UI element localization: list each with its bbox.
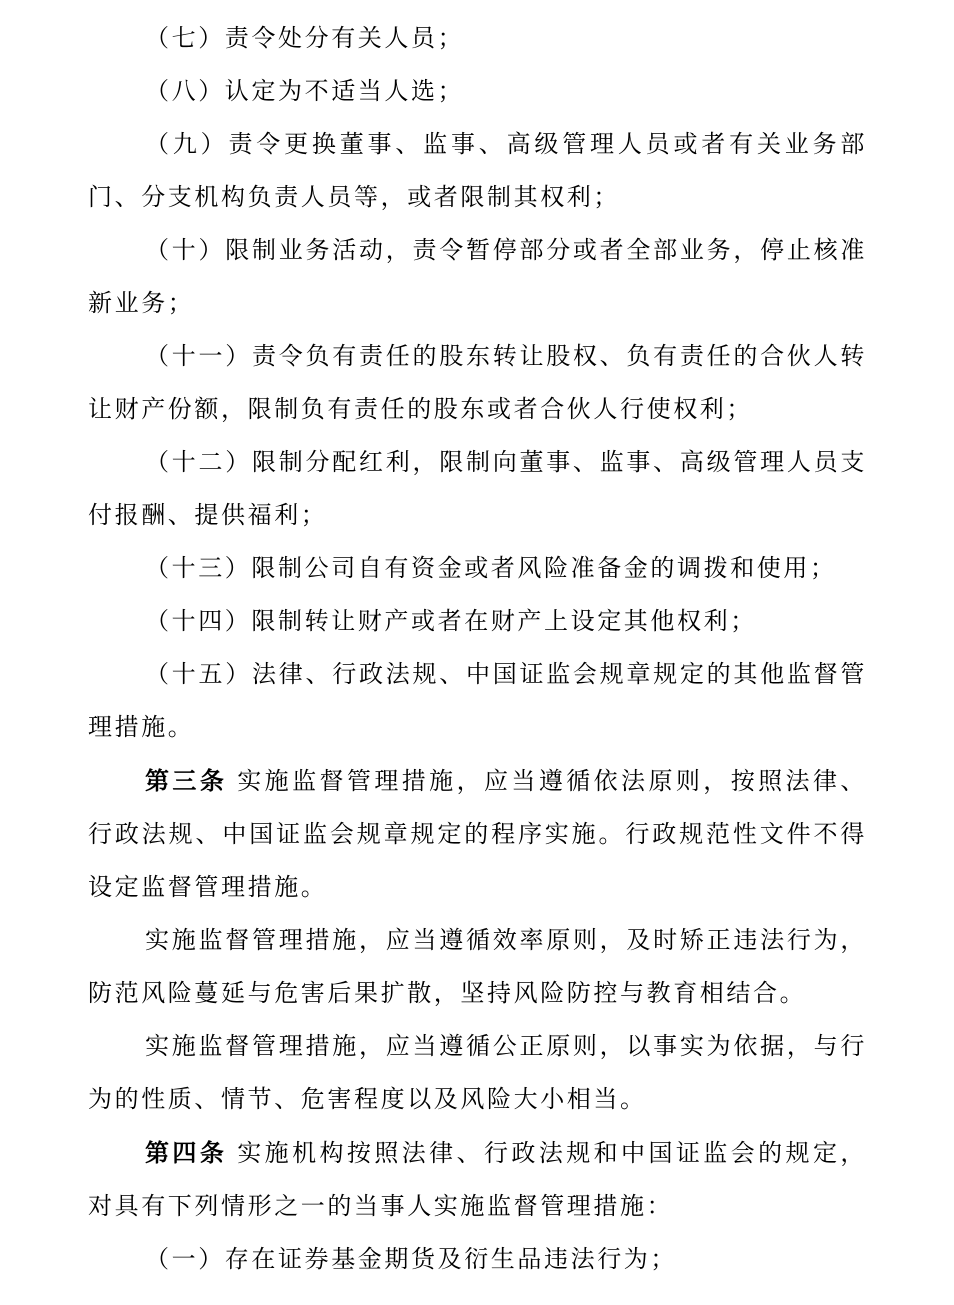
paragraph: （十）限制业务活动，责令暂停部分或者全部业务，停止核准新业务； <box>88 225 867 331</box>
paragraph: 第四条实施机构按照法律、行政法规和中国证监会的规定，对具有下列情形之一的当事人实… <box>88 1127 867 1234</box>
paragraph: （十三）限制公司自有资金或者风险准备金的调拨和使用； <box>88 543 867 596</box>
paragraph-text: （十）限制业务活动，责令暂停部分或者全部业务，停止核准新业务； <box>88 238 867 317</box>
paragraph-text: （一）存在证券基金期货及衍生品违法行为； <box>145 1247 677 1273</box>
paragraph: （十四）限制转让财产或者在财产上设定其他权利； <box>88 596 867 649</box>
paragraph: （九）责令更换董事、监事、高级管理人员或者有关业务部门、分支机构负责人员等，或者… <box>88 119 867 225</box>
paragraph: （一）存在证券基金期货及衍生品违法行为； <box>88 1234 867 1287</box>
paragraph-text: （十三）限制公司自有资金或者风险准备金的调拨和使用； <box>145 556 837 582</box>
text-block: （七）责令处分有关人员； （八）认定为不适当人选； （九）责令更换董事、监事、高… <box>88 13 867 1287</box>
paragraph: 第三条实施监督管理措施，应当遵循依法原则，按照法律、行政法规、中国证监会规章规定… <box>88 755 867 915</box>
paragraph: （八）认定为不适当人选； <box>88 66 867 119</box>
paragraph-text: （十五）法律、行政法规、中国证监会规章规定的其他监督管理措施。 <box>88 662 867 741</box>
paragraph-text: 实施监督管理措施，应当遵循效率原则，及时矫正违法行为，防范风险蔓延与危害后果扩散… <box>88 928 867 1007</box>
paragraph: （十一）责令负有责任的股东转让股权、负有责任的合伙人转让财产份额，限制负有责任的… <box>88 331 867 437</box>
paragraph-text: （十四）限制转让财产或者在财产上设定其他权利； <box>145 609 757 635</box>
paragraph-text: （九）责令更换董事、监事、高级管理人员或者有关业务部门、分支机构负责人员等，或者… <box>88 132 867 211</box>
paragraph: （十二）限制分配红利，限制向董事、监事、高级管理人员支付报酬、提供福利； <box>88 437 867 543</box>
paragraph-text: （七）责令处分有关人员； <box>145 26 464 52</box>
paragraph: 实施监督管理措施，应当遵循效率原则，及时矫正违法行为，防范风险蔓延与危害后果扩散… <box>88 915 867 1021</box>
paragraph-text: （八）认定为不适当人选； <box>145 79 464 105</box>
document-page: （七）责令处分有关人员； （八）认定为不适当人选； （九）责令更换董事、监事、高… <box>0 0 954 1305</box>
paragraph: 实施监督管理措施，应当遵循公正原则，以事实为依据，与行为的性质、情节、危害程度以… <box>88 1021 867 1127</box>
paragraph: （七）责令处分有关人员； <box>88 13 867 66</box>
paragraph: （十五）法律、行政法规、中国证监会规章规定的其他监督管理措施。 <box>88 649 867 755</box>
paragraph-text: 实施监督管理措施，应当遵循公正原则，以事实为依据，与行为的性质、情节、危害程度以… <box>88 1034 867 1113</box>
article-number: 第三条 <box>145 768 227 795</box>
paragraph-text: （十一）责令负有责任的股东转让股权、负有责任的合伙人转让财产份额，限制负有责任的… <box>88 344 867 423</box>
paragraph-text: （十二）限制分配红利，限制向董事、监事、高级管理人员支付报酬、提供福利； <box>88 450 867 529</box>
article-number: 第四条 <box>145 1140 227 1167</box>
